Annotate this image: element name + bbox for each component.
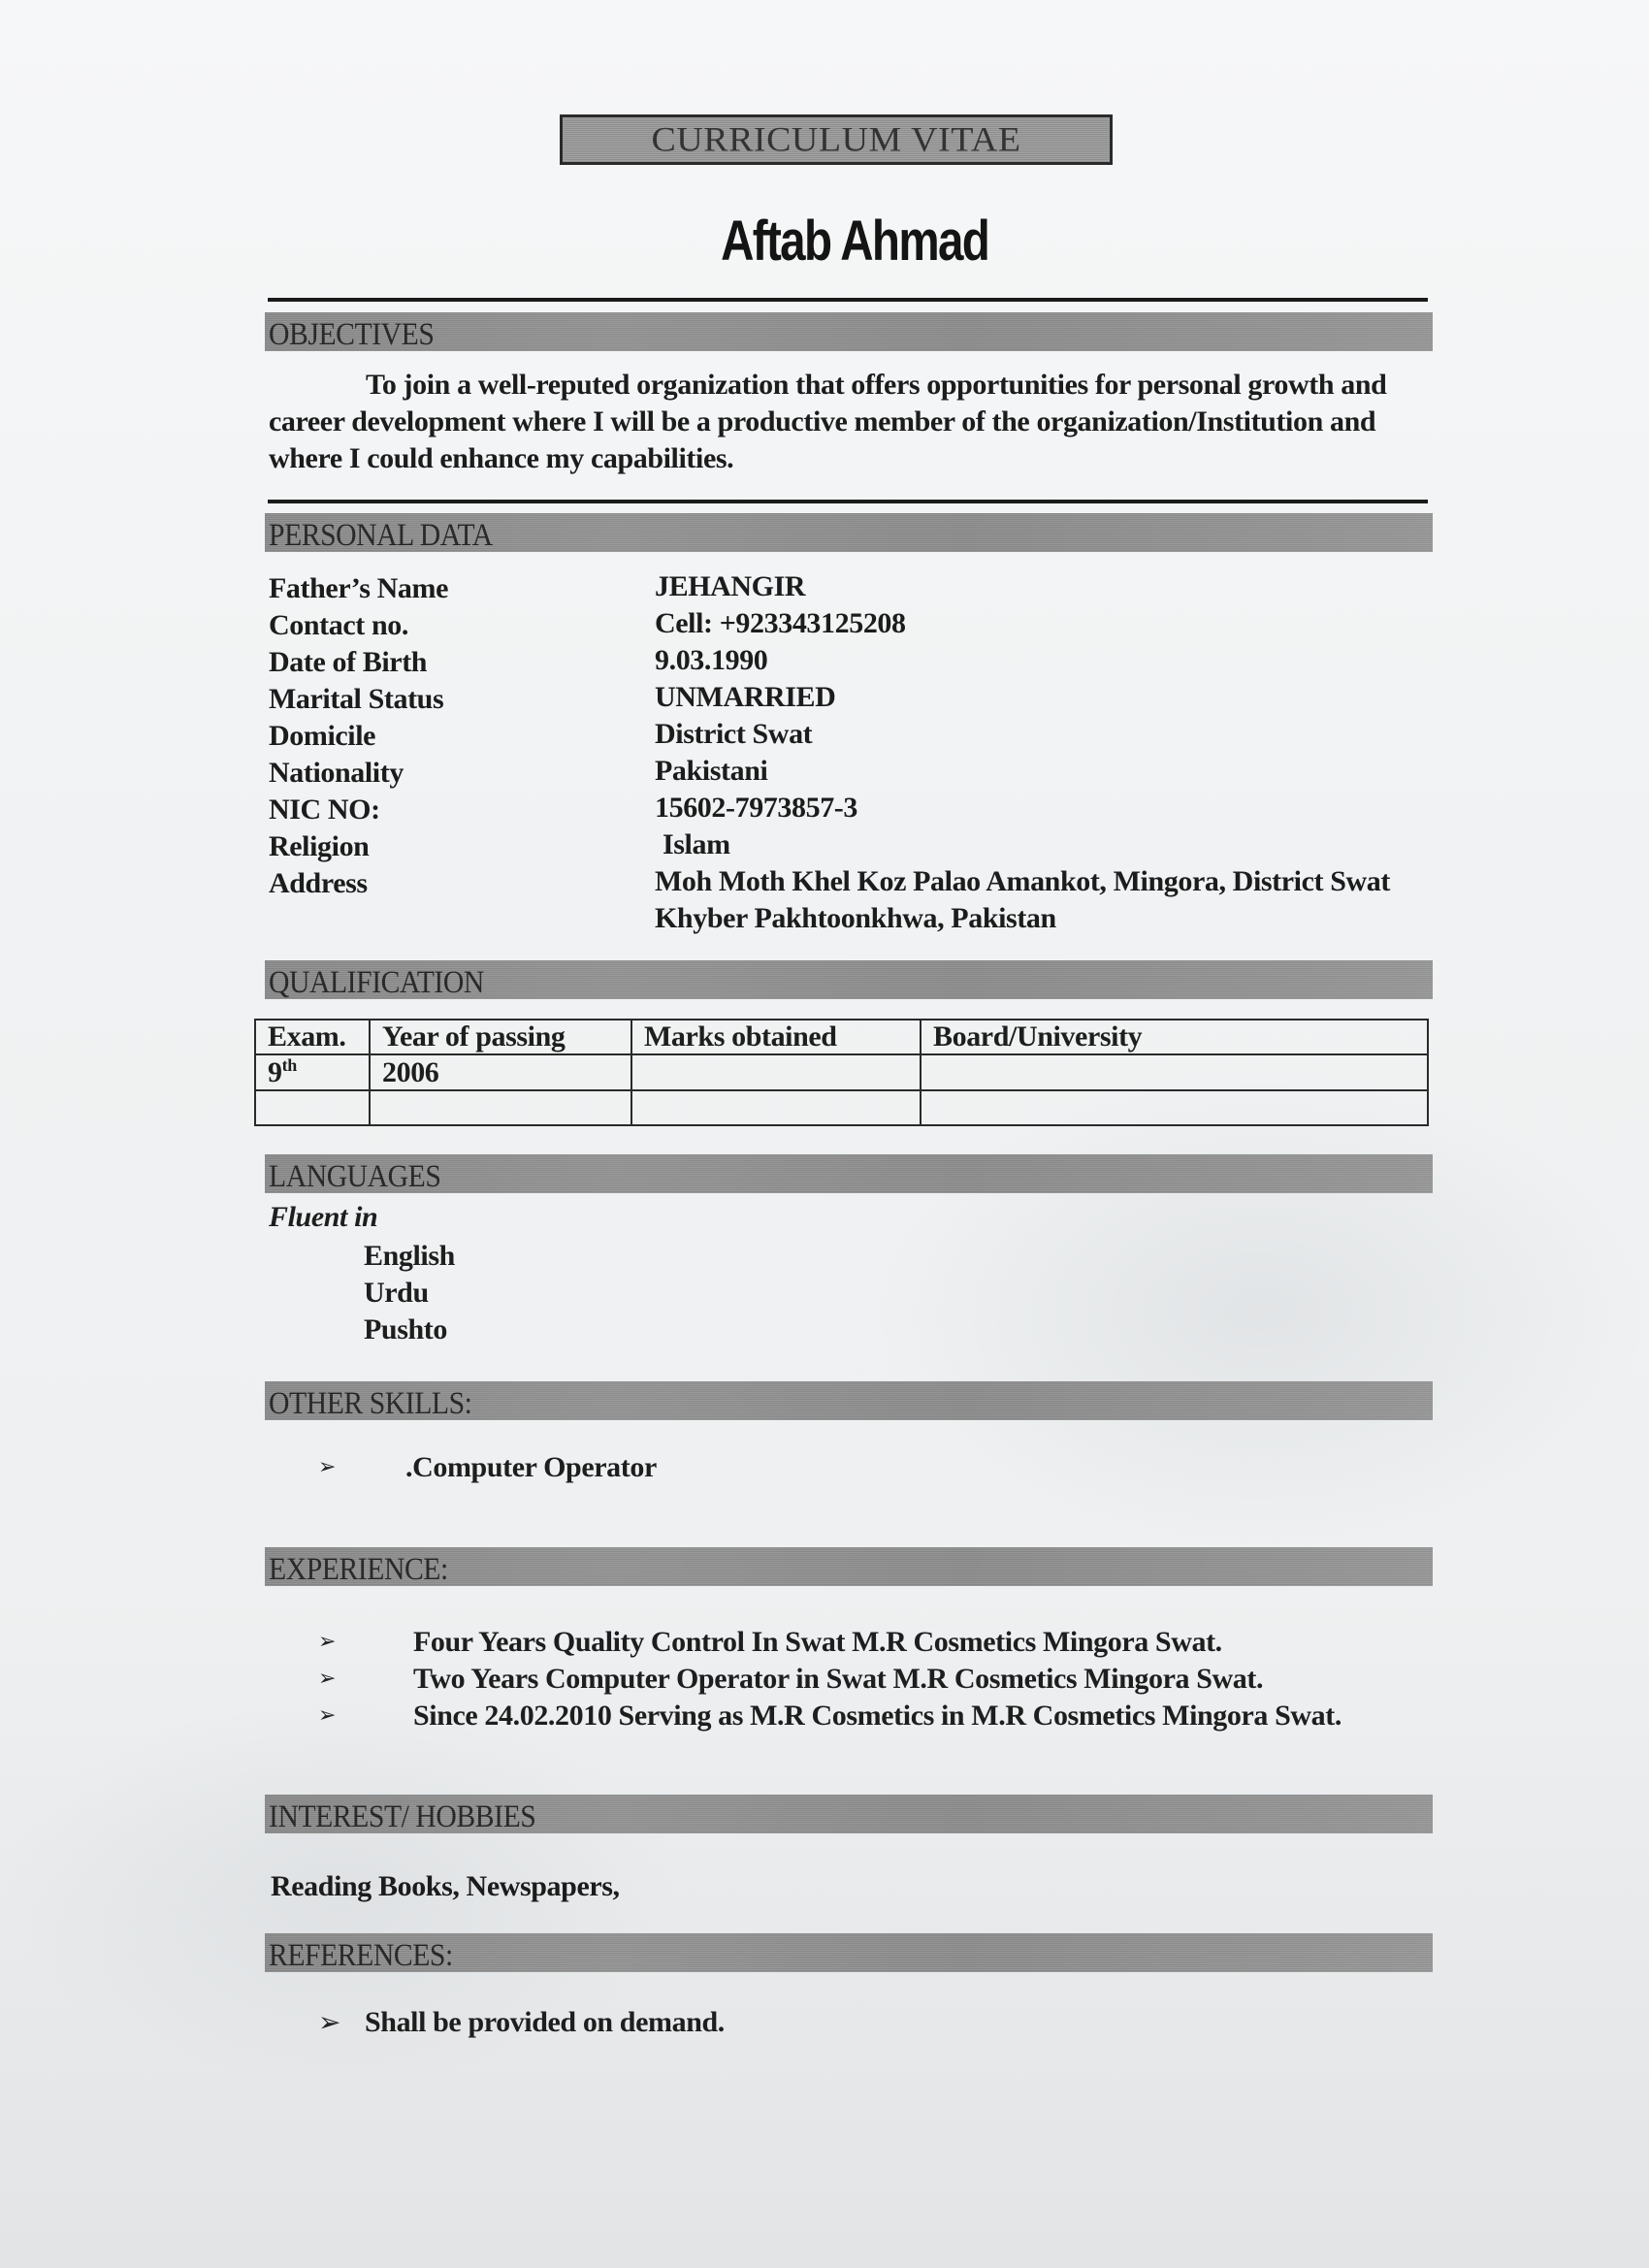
cell-year [370,1090,631,1125]
section-header-other-skills: OTHER SKILLS: [265,1381,1433,1420]
personal-data-value: District Swat [655,716,1431,753]
table-row [255,1090,1428,1125]
arrow-bullet-icon: ➢ [318,1667,336,1691]
cv-title: CURRICULUM VITAE [651,122,1020,157]
arrow-bullet-icon: ➢ [318,1630,336,1654]
section-header-interests: INTEREST/ HOBBIES [265,1795,1433,1833]
personal-data-value: Cell: +923343125208 [655,605,1431,642]
divider-rule [268,500,1428,503]
cv-title-box: CURRICULUM VITAE [560,114,1113,165]
column-header: Exam. [255,1020,370,1054]
section-header-objectives: OBJECTIVES [265,312,1433,351]
objective-text: To join a well-reputed organization that… [269,367,1413,477]
experience-item: Since 24.02.2010 Serving as M.R Cosmetic… [413,1698,1432,1734]
section-title: REFERENCES: [269,1940,453,1972]
arrow-bullet-icon: ➢ [318,1703,336,1728]
language-item: English [364,1240,455,1273]
personal-data-label: Marital Status [269,683,443,716]
personal-data-value: 15602-7973857-3 [655,790,1431,826]
personal-data-value: 9.03.1990 [655,642,1431,679]
personal-data-label: Domicile [269,720,375,753]
experience-item: Four Years Quality Control In Swat M.R C… [413,1624,1432,1661]
cell-board [921,1090,1428,1125]
reference-item: Shall be provided on demand. [365,2004,1383,2041]
language-item: Urdu [364,1277,429,1310]
cell-exam [255,1090,370,1125]
person-name: Aftab Ahmad [178,209,1531,274]
interests-text: Reading Books, Newspapers, [271,1868,620,1905]
section-title: OBJECTIVES [269,319,434,351]
arrow-bullet-icon: ➢ [318,2006,340,2038]
personal-data-label: NIC NO: [269,794,380,826]
experience-item: Two Years Computer Operator in Swat M.R … [413,1661,1432,1698]
cell-board [921,1054,1428,1090]
arrow-bullet-icon: ➢ [318,1455,336,1479]
skill-item: .Computer Operator [405,1449,1424,1486]
personal-data-label: Address [269,867,368,900]
table-row: 9th2006 [255,1054,1428,1090]
column-header: Year of passing [370,1020,631,1054]
column-header: Marks obtained [631,1020,921,1054]
section-title: LANGUAGES [269,1161,440,1193]
personal-data-value: Moh Moth Khel Koz Palao Amankot, Mingora… [655,863,1431,937]
language-item: Pushto [364,1313,447,1346]
section-title: EXPERIENCE: [269,1554,448,1586]
cell-exam: 9th [255,1054,370,1090]
languages-intro: Fluent in [269,1201,377,1234]
personal-data-label: Religion [269,830,369,863]
personal-data-label: Date of Birth [269,646,427,679]
section-header-qualification: QUALIFICATION [265,960,1433,999]
section-header-references: REFERENCES: [265,1933,1433,1972]
personal-data-value: Pakistani [655,753,1431,790]
personal-data-value: UNMARRIED [655,679,1431,716]
cell-marks [631,1090,921,1125]
section-header-experience: EXPERIENCE: [265,1547,1433,1586]
cell-year: 2006 [370,1054,631,1090]
personal-data-value: JEHANGIR [655,568,1431,605]
section-title: INTEREST/ HOBBIES [269,1801,535,1833]
section-title: PERSONAL DATA [269,520,493,552]
personal-data-value: Islam [663,826,1439,863]
table-header-row: Exam. Year of passing Marks obtained Boa… [255,1020,1428,1054]
column-header: Board/University [921,1020,1428,1054]
qualification-table: Exam. Year of passing Marks obtained Boa… [254,1019,1429,1126]
personal-data-label: Contact no. [269,609,408,642]
objective-paragraph: To join a well-reputed organization that… [269,369,1386,474]
cell-marks [631,1054,921,1090]
cell-exam-superscript: th [282,1055,297,1075]
personal-data-label: Father’s Name [269,572,448,605]
section-title: OTHER SKILLS: [269,1388,471,1420]
divider-rule [268,298,1428,302]
section-header-languages: LANGUAGES [265,1154,1433,1193]
section-header-personal-data: PERSONAL DATA [265,513,1433,552]
personal-data-label: Nationality [269,757,404,790]
section-title: QUALIFICATION [269,967,484,999]
